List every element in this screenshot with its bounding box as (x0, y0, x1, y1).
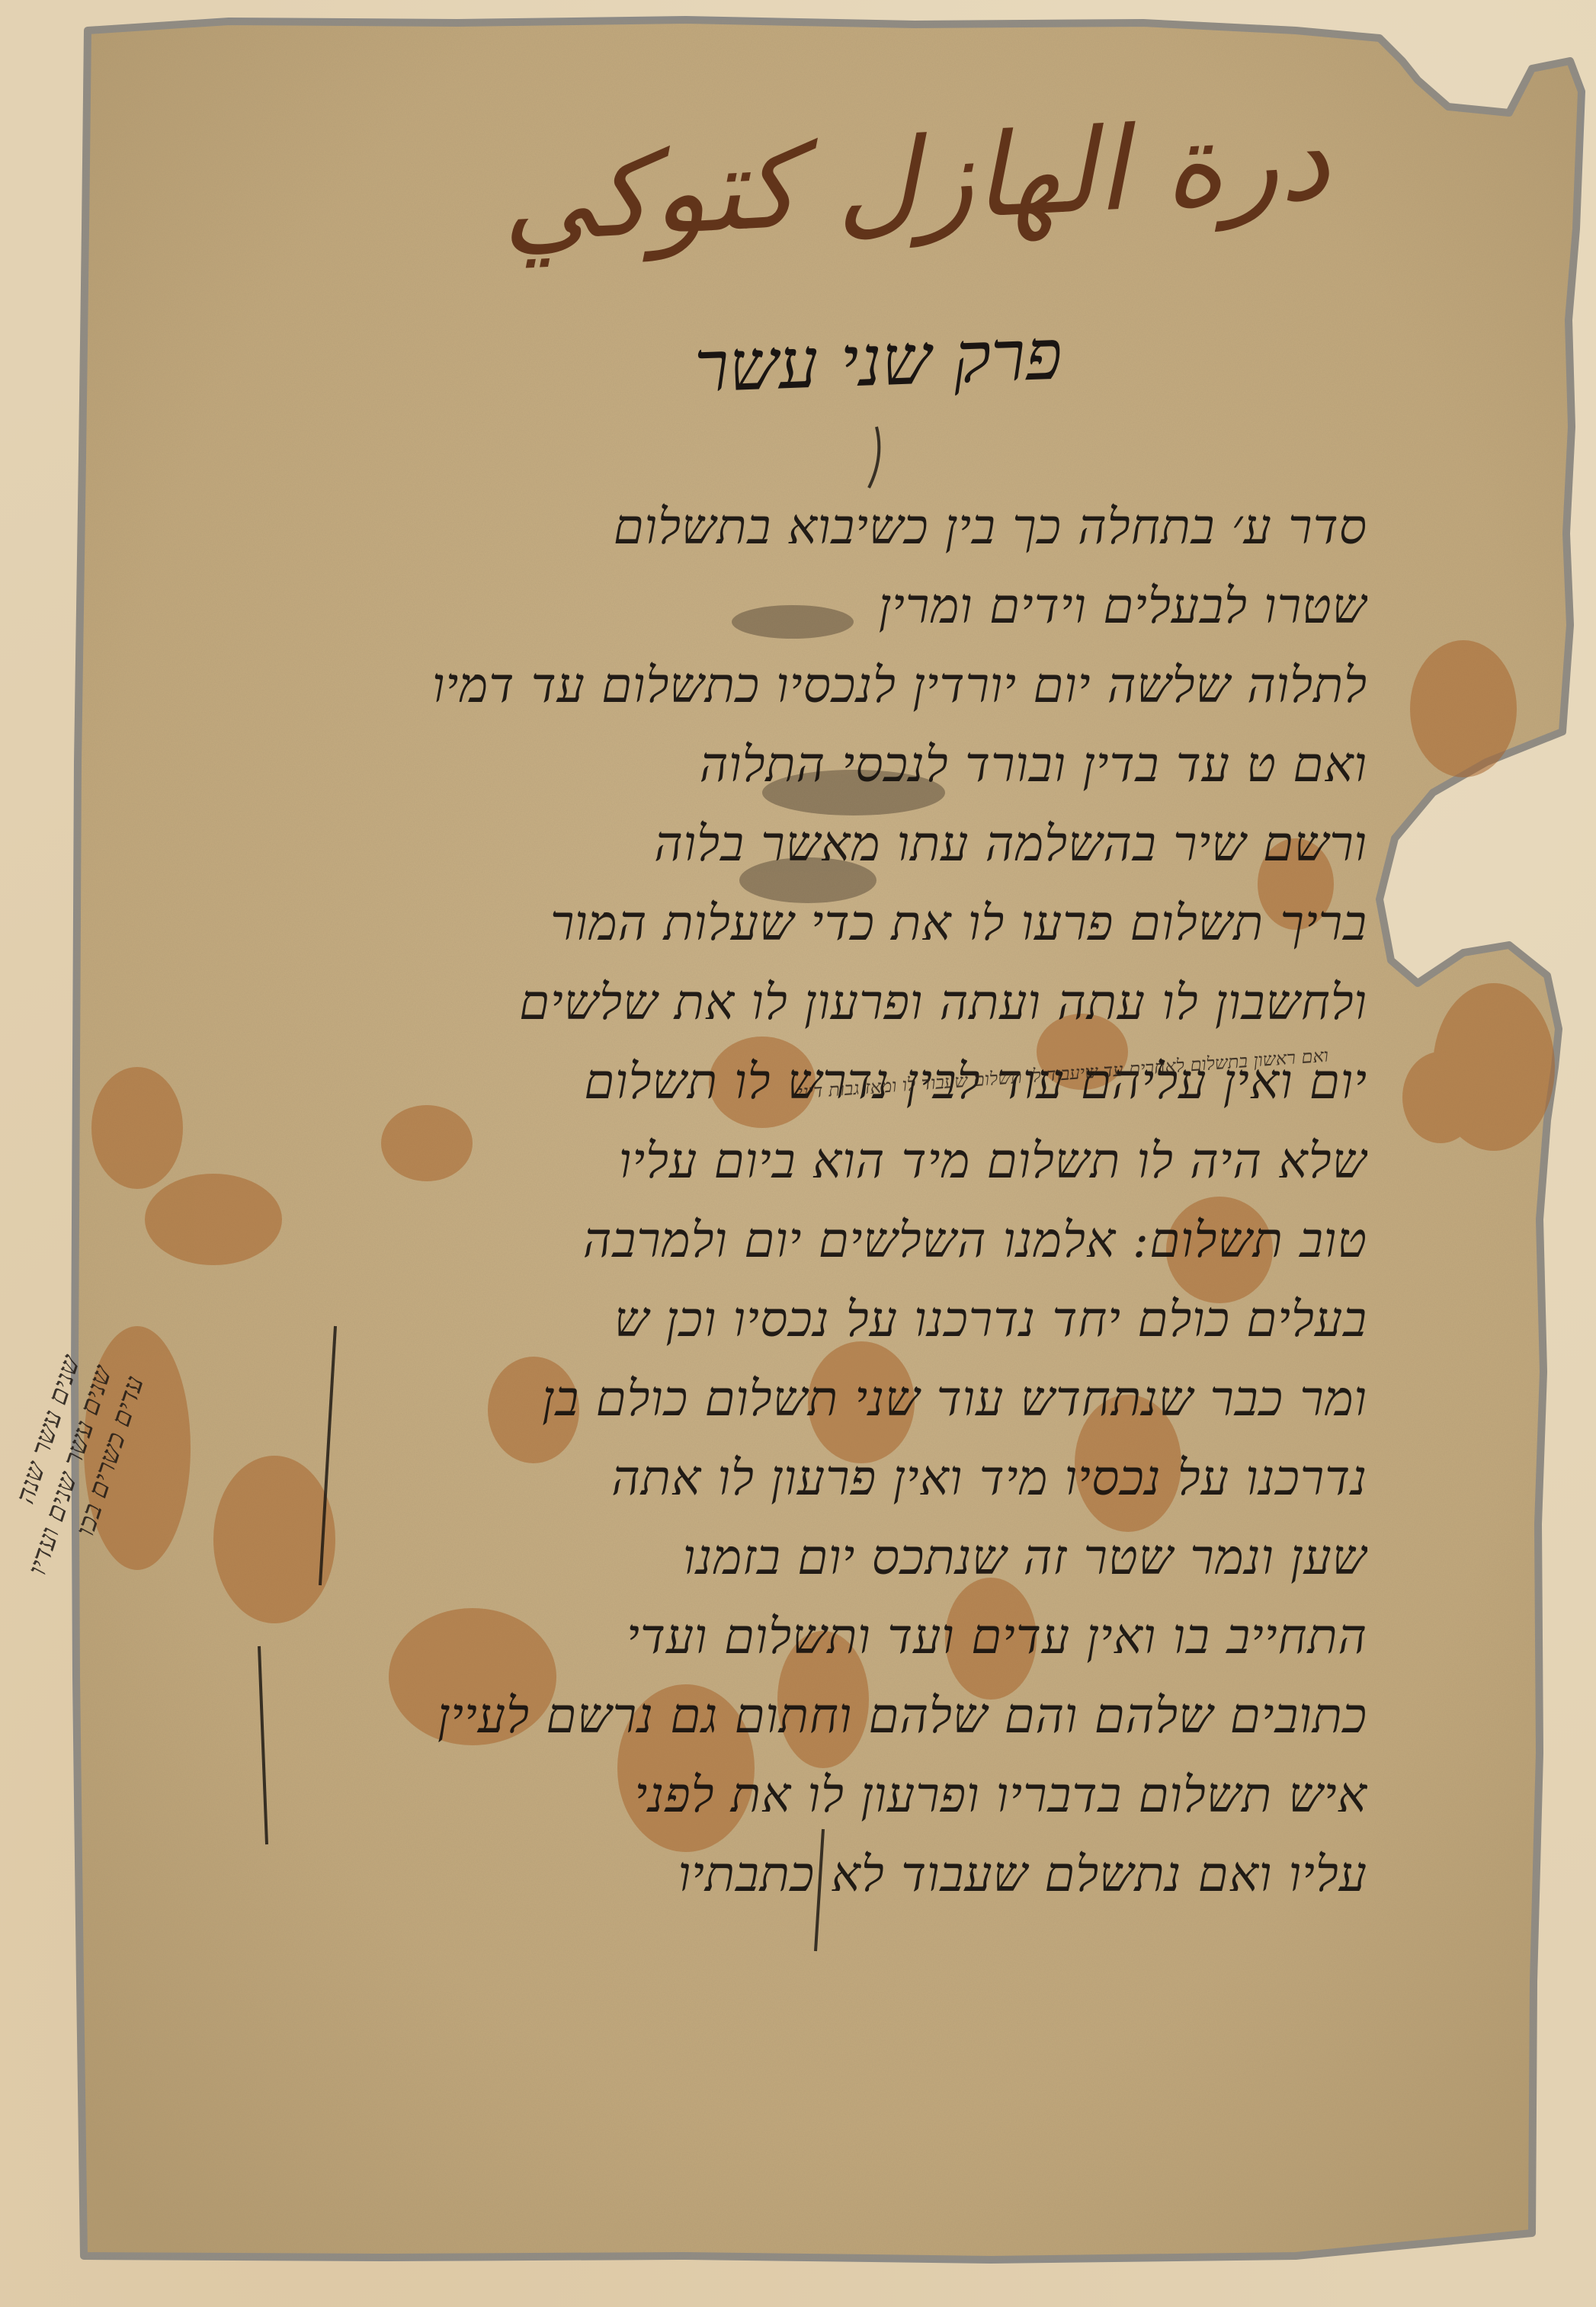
text-line: בריך תשלום פרעו לו את כדי שעלות המור (285, 884, 1367, 963)
chapter-title: פרק שני עשר (694, 314, 1064, 409)
text-line: שען ונמר שטר זה שנתכס יום בזמנו (285, 1518, 1367, 1597)
text-line: כתובים שלהם והם שלהם וחתום גם נרשם לעיין (285, 1677, 1367, 1756)
text-line: שטרו לבעלים וידים ומרין (285, 567, 1367, 646)
text-line: שלא היה לו תשלום מיד הוא ביום עליו (285, 1122, 1367, 1201)
text-line: בעלים כולם יחד נדרכנו על נכסיו וכן ש (285, 1280, 1367, 1360)
text-line: איש תשלום בדבריו ופרעון לו את לפני (285, 1756, 1367, 1835)
text-line: טוב תשלום: אלמנו השלשים יום ולמרבה (285, 1201, 1367, 1280)
text-line: ואם ט עד בדין ובורד לנכסי התלוה (285, 726, 1367, 805)
text-line: נדרכנו על נכסיו מיד ואין פרעון לו אתה (285, 1439, 1367, 1518)
manuscript-body: סדר ע׳ בתחלה כך בין כשיבוא בתשלום שטרו ל… (285, 488, 1367, 1914)
text-line: סדר ע׳ בתחלה כך בין כשיבוא בתשלום (285, 488, 1367, 567)
text-line: ורשם שיר בהשלמה עתו מאשר בלוה (285, 805, 1367, 884)
text-line: עליו ואם נתשלם שעבוד לא כתבתיו (285, 1835, 1367, 1914)
text-line: התחייב בו ואין עדים ועד ותשלום ועדי (285, 1597, 1367, 1677)
text-line: לתלוה שלשה יום יורדין לנכסיו כתשלום עד ד… (285, 646, 1367, 726)
text-line: ומר כבר שנתחדש עוד שני תשלום כולם בן (285, 1360, 1367, 1439)
text-line: ולחשבון לו עתה ועתה ופרעון לו את שלשים (285, 963, 1367, 1043)
